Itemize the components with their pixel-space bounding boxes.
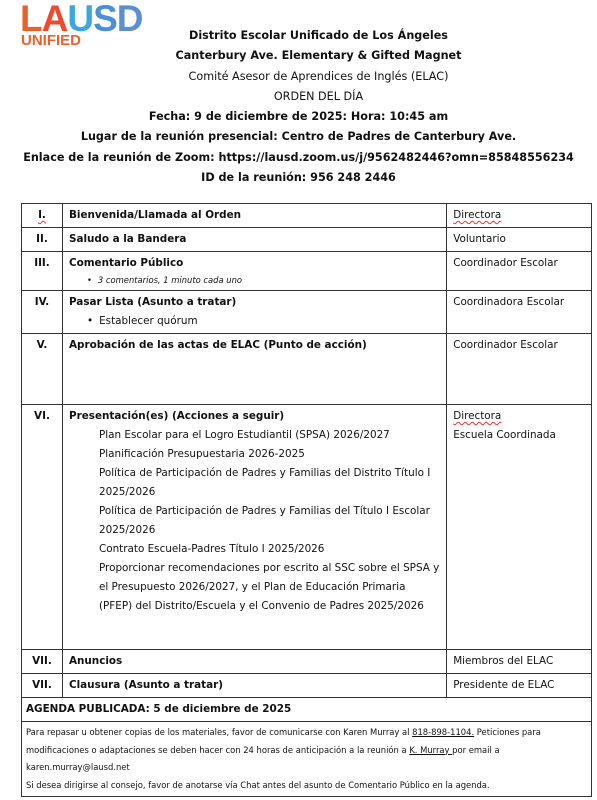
item-presenter: Coordinadora Escolar <box>447 291 592 334</box>
meeting-date-time: Fecha: 9 de diciembre de 2025: Hora: 10:… <box>0 107 597 127</box>
public-comment-note: Si desea dirigirse al consejo, favor de … <box>26 777 587 795</box>
item-number: VI. <box>22 405 63 650</box>
item-topic: Saludo a la Bandera <box>62 228 446 252</box>
item-number: VII. <box>22 650 63 674</box>
list-item: Política de Participación de Padres y Fa… <box>99 464 440 502</box>
item-number: I. <box>22 204 63 228</box>
item-presenter: Miembros del ELAC <box>447 650 592 674</box>
table-row: AGENDA PUBLICADA: 5 de diciembre de 2025 <box>22 698 592 722</box>
table-row: II. Saludo a la Bandera Voluntario <box>22 228 592 252</box>
item-topic: Aprobación de las actas de ELAC (Punto d… <box>62 334 446 405</box>
item-presenter: Voluntario <box>447 228 592 252</box>
item-number: IV. <box>22 291 63 334</box>
table-row: Para repasar u obtener copias de los mat… <box>22 722 592 797</box>
materials-note: Para repasar u obtener copias de los mat… <box>26 724 587 777</box>
table-row: IV. Pasar Lista (Asunto a tratar) Establ… <box>22 291 592 334</box>
item-topic: Bienvenida/Llamada al Orden <box>62 204 446 228</box>
zoom-link[interactable]: Enlace de la reunión de Zoom: https://la… <box>0 148 597 168</box>
item-presenter: Directora Escuela Coordinada <box>447 405 592 650</box>
school-name: Canterbury Ave. Elementary & Gifted Magn… <box>0 46 597 66</box>
item-subpoint: Establecer quórum <box>69 312 440 331</box>
table-row: VII. Anuncios Miembros del ELAC <box>22 650 592 674</box>
meeting-location: Lugar de la reunión presencial: Centro d… <box>0 127 597 147</box>
document-header: Distrito Escolar Unificado de Los Ángele… <box>0 26 597 188</box>
item-topic: Clausura (Asunto a tratar) <box>62 674 446 698</box>
list-item: Plan Escolar para el Logro Estudiantil (… <box>99 426 440 445</box>
item-presenter: Presidente de ELAC <box>447 674 592 698</box>
list-item: Política de Participación de Padres y Fa… <box>99 502 440 540</box>
item-topic: Pasar Lista (Asunto a tratar) Establecer… <box>62 291 446 334</box>
table-row: III. Comentario Público 3 comentarios, 1… <box>22 252 592 291</box>
list-item: Proporcionar recomendaciones por escrito… <box>99 559 440 616</box>
item-presenter: Coordinador Escolar <box>447 252 592 291</box>
item-topic: Comentario Público 3 comentarios, 1 minu… <box>62 252 446 291</box>
table-row: V. Aprobación de las actas de ELAC (Punt… <box>22 334 592 405</box>
item-subpoint: 3 comentarios, 1 minuto cada uno <box>69 273 440 288</box>
item-presenter: Directora <box>447 204 592 228</box>
table-row: I. Bienvenida/Llamada al Orden Directora <box>22 204 592 228</box>
item-number: III. <box>22 252 63 291</box>
item-number: V. <box>22 334 63 405</box>
item-topic: Presentación(es) (Acciones a seguir) Pla… <box>62 405 446 650</box>
phone-link[interactable]: 818-898-1104. <box>412 727 474 737</box>
item-topic: Anuncios <box>62 650 446 674</box>
footer-notes: Para repasar u obtener copias de los mat… <box>22 722 592 797</box>
meeting-id: ID de la reunión: 956 248 2446 <box>0 168 597 188</box>
presentation-list: Plan Escolar para el Logro Estudiantil (… <box>69 426 440 616</box>
committee-name: Comité Asesor de Aprendices de Inglés (E… <box>0 67 597 87</box>
table-row: VI. Presentación(es) (Acciones a seguir)… <box>22 405 592 650</box>
agenda-published-date: AGENDA PUBLICADA: 5 de diciembre de 2025 <box>22 698 592 722</box>
district-name: Distrito Escolar Unificado de Los Ángele… <box>0 26 597 46</box>
item-number: VII. <box>22 674 63 698</box>
list-item: Planificación Presupuestaria 2026-2025 <box>99 445 440 464</box>
table-row: VII. Clausura (Asunto a tratar) Presiden… <box>22 674 592 698</box>
list-item: Contrato Escuela-Padres Título I 2025/20… <box>99 540 440 559</box>
document-title: ORDEN DEL DÍA <box>0 87 597 107</box>
agenda-table: I. Bienvenida/Llamada al Orden Directora… <box>21 203 592 797</box>
item-presenter: Coordinador Escolar <box>447 334 592 405</box>
item-number: II. <box>22 228 63 252</box>
contact-link[interactable]: K. Murray <box>409 745 452 755</box>
